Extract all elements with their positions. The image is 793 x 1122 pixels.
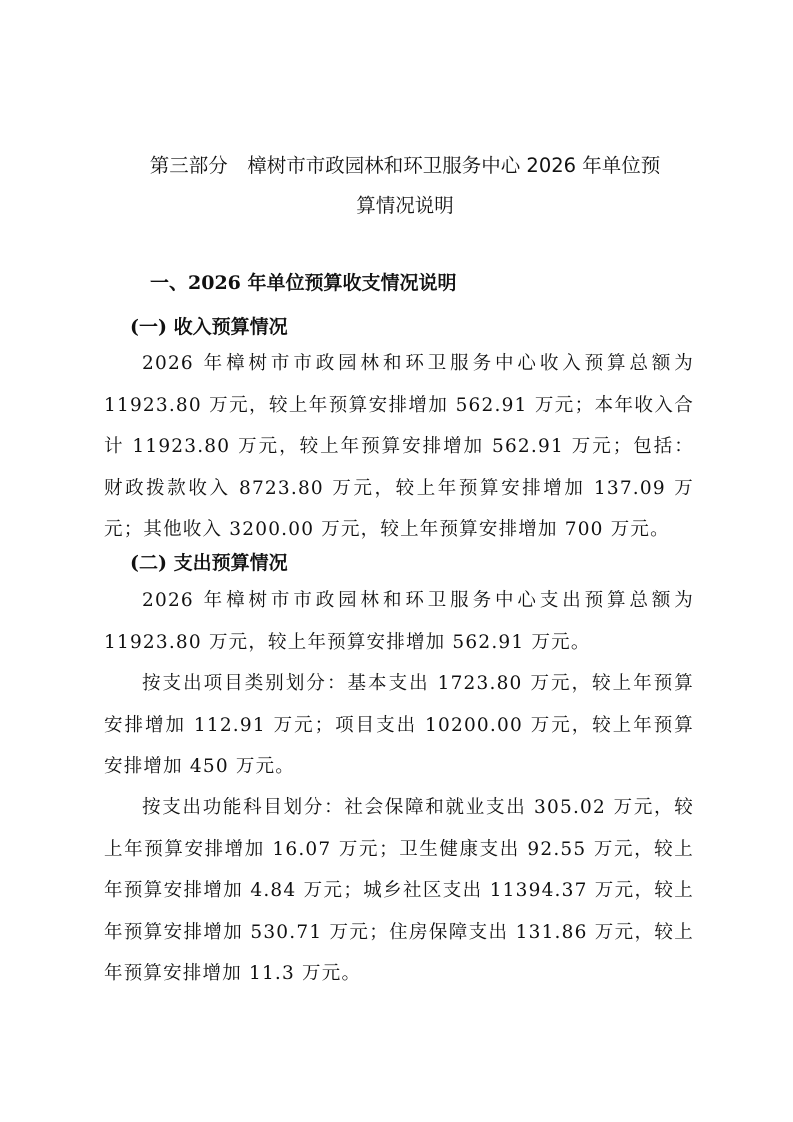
income-heading: (一) 收入预算情况 [130,312,288,342]
expenditure-heading: (二) 支出预算情况 [130,548,288,578]
expenditure-paragraph-1: 2026 年樟树市市政园林和环卫服务中心支出预算总额为 11923.80 万元，… [104,580,694,663]
document-title: 第三部分 樟树市市政园林和环卫服务中心 2026 年单位预 算情况说明 [110,146,700,226]
section-heading: 一、2026 年单位预算收支情况说明 [150,268,457,298]
expenditure-paragraph-2: 按支出项目类别划分：基本支出 1723.80 万元，较上年预算安排增加 112.… [104,663,694,788]
title-line-1: 第三部分 樟树市市政园林和环卫服务中心 2026 年单位预 [110,146,700,186]
income-paragraph: 2026 年樟树市市政园林和环卫服务中心收入预算总额为 11923.80 万元，… [104,343,694,551]
document-page: 第三部分 樟树市市政园林和环卫服务中心 2026 年单位预 算情况说明 一、20… [0,0,793,1122]
title-line-2: 算情况说明 [110,186,700,226]
expenditure-paragraph-3: 按支出功能科目划分：社会保障和就业支出 305.02 万元，较上年预算安排增加 … [104,787,694,995]
